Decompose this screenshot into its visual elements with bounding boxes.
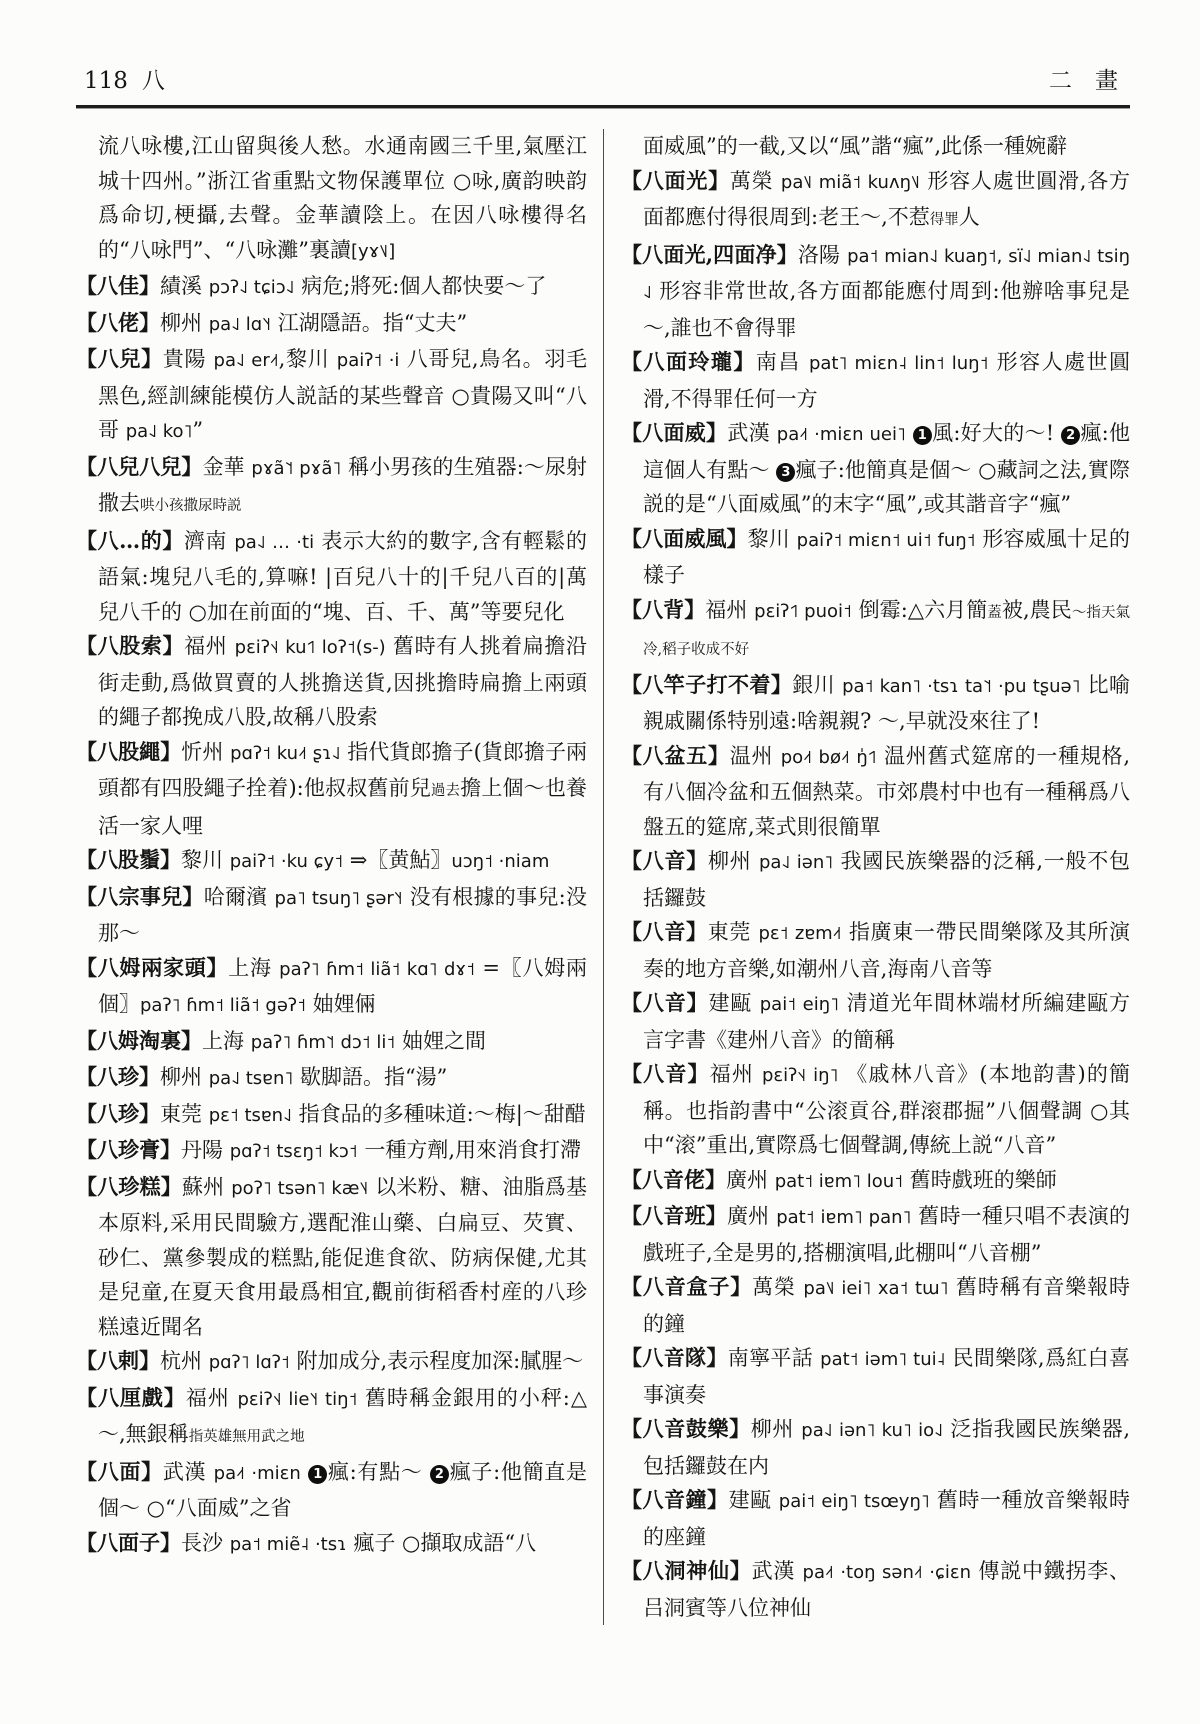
entry-text: 指食品的多種味道:～梅|～甜醋 [292,1102,586,1126]
entry-text: 以米粉、糖、油脂爲基本原料,采用民間驗方,選配淮山藥、白扁豆、芡實、砂仁、黨參製… [98,1175,587,1339]
circled-number: 2 [430,1465,449,1484]
entry-text: 形容非常世故,各方面都能應付周到:他辦啥事兒是～,誰也不會得罪 [643,279,1130,340]
phonetic-transcription: po˨˦ bø˨˦ ŋ̍˦˥ [781,747,877,768]
dictionary-entry: 【八面威風】黎川 paiʔ˦ miɛn˦ ui˦ fuŋ˦ 形容威風十足的樣子 [621,522,1130,593]
entry-headword: 【八音盒子】 [621,1274,752,1299]
entry-headword: 【八音】 [621,848,708,873]
phonetic-transcription: pɑʔ˥ lɑʔ˦ [209,1352,290,1373]
phonetic-transcription: pɑʔ˦ ku˨˦ ʂɿ˨˩ [230,743,340,764]
entry-headword: 【八面光,四面净】 [621,242,798,267]
left-column: 流八咏樓,江山留與後人愁。水通南國三千里,氣壓江城十四州。”浙江省重點文物保護單… [76,129,603,1625]
phonetic-transcription: paiʔ˦ ·ku ɕy˦ [230,851,343,872]
entry-text: 被,農民 [1002,598,1072,622]
entry-headword: 【八珍】 [76,1101,160,1126]
phonetic-transcription: pa˥˩ miã˦ kuʌŋ˥˩ [781,172,920,193]
dictionary-entry: 【八佬】柳州 pa˨˩ lɑ˥˧ 江湖隱語。指“丈夫” [76,306,587,343]
phonetic-transcription: poʔ˥ tsən˥ kæ˥˨ [231,1178,368,1199]
entry-text: 柳州 [751,1417,802,1441]
phonetic-transcription: pat˦ iɐm˥ pan˥ [776,1207,911,1228]
entry-text: 倒霉:△六月簡 [852,598,987,622]
phonetic-transcription: uɔŋ˦ ·niam [451,851,549,872]
small-gloss: 蓋 [987,605,1002,621]
entry-text: 銀川 [792,673,842,697]
entry-text: 歇脚語。指“湯” [293,1065,447,1089]
entry-text: 貴陽 [163,347,214,371]
entry-text: 杭州 [160,1349,209,1373]
dictionary-entry: 【八兒八兒】金華 pɤã˥˦ pɤã˥ 稱小男孩的生殖器:～尿射撒去哄小孩撒尿時… [76,450,587,524]
dictionary-entry: 【八音鼓樂】柳州 pa˨˩ iən˥ ku˥ io˨˩ 泛指我國民族樂器,包括鑼… [621,1412,1130,1483]
entry-headword: 【八股索】 [76,633,184,658]
entry-headword: 【八佬】 [76,310,160,335]
entry-headword: 【八股鬚】 [76,847,181,872]
entry-text: 瘋:有點～ [327,1460,430,1484]
entry-text: 妯娌之間 [395,1029,486,1053]
dictionary-entry: 【八面子】長沙 pa˦ miẽ˨ ·tsɿ 瘋子 ○擷取成語“八 [76,1526,587,1563]
entry-headword: 【八音鼓樂】 [621,1416,751,1441]
dictionary-entry: 【八音隊】南寧平話 pat˦ iəm˥ tui˨ 民間樂隊,爲紅白喜事演奏 [621,1341,1130,1412]
page-number: 118 [84,68,128,94]
phonetic-transcription: pa˦ miẽ˨ ·tsɿ [230,1534,347,1555]
entry-headword: 【八…的】 [76,528,184,553]
dictionary-entry: 【八面光】萬榮 pa˥˩ miã˦ kuʌŋ˥˩ 形容人處世圓滑,各方面都應付得… [621,164,1130,238]
phonetic-transcription: pat˦ iɐm˥ lou˦ [775,1171,903,1192]
dictionary-entry: 【八宗事兒】哈爾濱 pa˥ tsuŋ˥ ʂər˥˧ 没有根據的事兒:没那～ [76,880,587,951]
entry-text: 流八咏樓,江山留與後人愁。水通南國三千里,氣壓江城十四州。”浙江省重點文物保護單… [98,134,587,262]
entry-text: 風:好大的～! [932,421,1061,445]
phonetic-transcription: paiʔ˦ ·i [337,350,400,371]
entry-text: 南昌 [756,350,809,374]
entry-text: 福州 [710,1062,762,1086]
entry-headword: 【八洞神仙】 [621,1558,752,1583]
circled-number: 1 [308,1465,327,1484]
dictionary-entry: 【八…的】濟南 pa˨˩ … ·ti 表示大約的數字,含有輕鬆的語氣:塊兒八毛的… [76,524,587,630]
phonetic-transcription: [yɤ˥˩] [351,241,395,262]
entry-headword: 【八面玲瓏】 [621,349,756,374]
dictionary-entry: 【八洞神仙】武漢 pa˨˦ ·toŋ sən˨˦ ·ɕiɛn 傳説中鐵拐李、吕洞… [621,1554,1130,1625]
dictionary-entry: 【八音班】廣州 pat˦ iɐm˥ pan˥ 舊時一種只唱不表演的戲班子,全是男… [621,1199,1130,1270]
phonetic-transcription: pa˥ tsuŋ˥ ʂər˥˧ [275,888,403,909]
entry-headword: 【八珍糕】 [76,1174,182,1199]
phonetic-transcription: paʔ˥ ɦm˦ liã˦ gəʔ˦ [140,995,306,1016]
small-gloss: 哄小孩撒尿時説 [140,498,242,514]
small-gloss: 得罪 [930,212,959,228]
phonetic-transcription: pai˦ eiŋ˥ [760,994,839,1015]
entry-headword: 【八面光】 [621,168,730,193]
entry-headword: 【八兒八兒】 [76,454,202,479]
dictionary-entry: 【八珍膏】丹陽 pɑʔ˦ tsɛŋ˦ kɔ˦ 一種方劑,用來消食打滯 [76,1133,587,1170]
entry-text: 瘋子 ○擷取成語“八 [347,1531,536,1555]
entry-headword: 【八面威】 [621,420,727,445]
phonetic-transcription: pɛ˦ zɐm˨˦ [758,923,841,944]
phonetic-transcription: pɤã˥˦ pɤã˥ [251,458,341,479]
entry-text: 温州 [730,744,781,768]
dictionary-entry: 【八背】福州 pɛiʔ˦˥ puoi˦ 倒霉:△六月簡蓋被,農民～指天氣冷,稻子… [621,593,1130,668]
entry-text: 面威風”的一截,又以“風”諧“瘋”,此係一種婉辭 [643,134,1067,158]
entry-text: 丹陽 [181,1138,230,1162]
entry-headword: 【八珍膏】 [76,1137,181,1162]
entry-text: 上海 [228,956,279,980]
entry-text: 福州 [705,598,754,622]
entry-text: 哈爾濱 [204,885,275,909]
phonetic-transcription: pɔʔ˨˩ tɕiɔ˨˩ [209,277,295,298]
entry-text: 忻州 [181,740,230,764]
phonetic-transcription: paʔ˥ ɦm˥˦ dɔ˦ li˦ [251,1032,396,1053]
entry-headword: 【八音隊】 [621,1345,728,1370]
phonetic-transcription: pa˨˩ ko˥ [126,421,193,442]
phonetic-transcription: paʔ˥ ɦm˦ liã˦ kɑ˥ dɤ˦ [279,959,475,980]
entry-headword: 【八股繩】 [76,739,181,764]
phonetic-transcription: pɛiʔ˦˨ ku˦˥ loʔ˦(s-) [235,637,386,658]
entry-text: 江湖隱語。指“丈夫” [271,311,467,335]
phonetic-transcription: pa˥˩ iei˥ xa˦ tɯ˥ [803,1278,948,1299]
phonetic-transcription: pa˨˩ … ·ti [234,532,314,553]
phonetic-transcription: pai˦ eiŋ˥ tsœyŋ˥ [779,1491,930,1512]
phonetic-transcription: pat˥ miɛn˨ lin˦ luŋ˦ [809,353,989,374]
entry-headword: 【八珍】 [76,1064,160,1089]
entry-text: 舊時戲班的樂師 [903,1168,1057,1192]
phonetic-transcription: pa˨˦ ·miɛn uei˥ [777,424,906,445]
dictionary-entry: 【八佳】績溪 pɔʔ˨˩ tɕiɔ˨˩ 病危;將死:個人都快要～了 [76,269,587,306]
entry-headword: 【八厘戲】 [76,1385,186,1410]
entry-text: 病危;將死:個人都快要～了 [295,274,547,298]
entry-headword: 【八音】 [621,1061,710,1086]
dictionary-entry: 【八音鐘】建甌 pai˦ eiŋ˥ tsœyŋ˥ 舊時一種放音樂報時的座鐘 [621,1483,1130,1554]
entry-headword: 【八剌】 [76,1348,160,1373]
entry-headword: 【八面威風】 [621,526,748,551]
dictionary-entry: 【八音】柳州 pa˨˩ iən˥ 我國民族樂器的泛稱,一般不包括鑼鼓 [621,844,1130,915]
stroke-count-label: 二 畫 [1049,68,1118,94]
dictionary-entry: 【八珍糕】蘇州 poʔ˥ tsən˥ kæ˥˨ 以米粉、糖、油脂爲基本原料,采用… [76,1170,587,1345]
phonetic-transcription: pɛiʔ˦˨ lie˥˧ tiŋ˦ [237,1389,357,1410]
small-gloss: 過去 [431,783,460,799]
dictionary-entry: 【八音盒子】萬榮 pa˥˩ iei˥ xa˦ tɯ˥ 舊時稱有音樂報時的鐘 [621,1270,1130,1341]
phonetic-transcription: pa˨˦ ·miɛn [214,1463,301,1484]
entry-headword: 【八音】 [621,990,708,1015]
entry-headword: 【八竿子打不着】 [621,672,792,697]
entry-headword: 【八姆兩家頭】 [76,955,228,980]
dictionary-entry: 【八音佬】廣州 pat˦ iɐm˥ lou˦ 舊時戲班的樂師 [621,1163,1130,1200]
entry-text: 武漢 [752,1559,803,1583]
entry-text: 一種方劑,用來消食打滯 [358,1138,581,1162]
entry-text: 洛陽 [798,243,847,267]
dictionary-entry: 【八面】武漢 pa˨˦ ·miɛn 1瘋:有點～ 2瘋子:他簡直是個～ ○“八面… [76,1455,587,1526]
continuation-paragraph: 面威風”的一截,又以“風”諧“瘋”,此係一種婉辭 [621,129,1130,164]
phonetic-transcription: pɛiʔ˦˥ puoi˦ [754,601,852,622]
entry-text: 福州 [186,1386,238,1410]
dictionary-entry: 【八盆五】温州 po˨˦ bø˨˦ ŋ̍˦˥ 温州舊式筵席的一種規格,有八個冷盆… [621,739,1130,845]
dictionary-entry: 【八面光,四面净】洛陽 pa˦ mian˨˩ kuaŋ˦, sï˨˩ mian˨… [621,238,1130,346]
header-rule [76,105,1130,109]
entry-text: 黎川 [181,848,230,872]
entry-text: 黎川 [748,527,797,551]
entry-text: 長沙 [181,1531,230,1555]
entry-text: ⇒〖黄鮎〗 [343,848,451,872]
phonetic-transcription: pa˨˩ iən˥ [759,852,833,873]
phonetic-transcription: pat˦ iəm˥ tui˨ [820,1349,945,1370]
circled-number: 2 [1061,426,1080,445]
dictionary-entry: 【八珍】柳州 pa˨˩ tsɐn˥ 歇脚語。指“湯” [76,1060,587,1097]
phonetic-transcription: paiʔ˦ miɛn˦ ui˦ fuŋ˦ [797,530,976,551]
dictionary-entry: 【八珍】東莞 pɛ˦ tsɐn˨˩ 指食品的多種味道:～梅|～甜醋 [76,1097,587,1134]
entry-headword: 【八佳】 [76,273,160,298]
entry-headword: 【八背】 [621,597,705,622]
dictionary-entry: 【八音】建甌 pai˦ eiŋ˥ 清道光年間林端材所編建甌方言字書《建州八音》的… [621,986,1130,1057]
entry-text: 武漢 [163,1460,214,1484]
entry-headword: 【八面】 [76,1459,163,1484]
phonetic-transcription: pa˨˦ ·toŋ sən˨˦ ·ɕiɛn [803,1562,971,1583]
dictionary-entry: 【八股繩】忻州 pɑʔ˦ ku˨˦ ʂɿ˨˩ 指代貨郎擔子(貨郎擔子兩頭都有四股… [76,735,587,844]
entry-text: 蘇州 [182,1175,231,1199]
entry-text: 萬榮 [730,169,781,193]
entry-text: 東莞 [160,1102,209,1126]
entry-text: 建甌 [708,991,759,1015]
phonetic-transcription: pa˦ kan˥ ·tsɿ ta˥˦ ·pu tʂuə˥ [842,676,1080,697]
right-column: 面威風”的一截,又以“風”諧“瘋”,此係一種婉辭【八面光】萬榮 pa˥˩ miã… [603,129,1130,1625]
phonetic-transcription: pɛ˦ tsɐn˨˩ [209,1105,292,1126]
entry-text: 福州 [184,634,235,658]
entry-headword: 【八兒】 [76,346,163,371]
dictionary-entry: 【八厘戲】福州 pɛiʔ˦˨ lie˥˧ tiŋ˦ 舊時稱金銀用的小秤:△～,無… [76,1381,587,1455]
entry-text: 人 [959,205,980,229]
section-character: 八 [142,62,165,95]
dictionary-page: 118 八 二 畫 流八咏樓,江山留與後人愁。水通南國三千里,氣壓江城十四州。”… [0,0,1200,1724]
dictionary-entry: 【八竿子打不着】銀川 pa˦ kan˥ ·tsɿ ta˥˦ ·pu tʂuə˥ … [621,668,1130,739]
entry-headword: 【八音】 [621,919,708,944]
entry-text: 妯娌倆 [306,992,376,1016]
entry-text: 柳州 [708,849,759,873]
entry-text: 萬榮 [752,1275,803,1299]
dictionary-entry: 【八剌】杭州 pɑʔ˥ lɑʔ˦ 附加成分,表示程度加深:膩腥～ [76,1344,587,1381]
continuation-paragraph: 流八咏樓,江山留與後人愁。水通南國三千里,氣壓江城十四州。”浙江省重點文物保護單… [76,129,587,269]
circled-number: 3 [776,463,795,482]
phonetic-transcription: pa˨˩ iən˥ ku˥ io˨˩ [801,1420,943,1441]
dictionary-entry: 【八兒】貴陽 pa˨˩ er˨˦,黎川 paiʔ˦ ·i 八哥兒,鳥名。羽毛黑色… [76,342,587,450]
small-gloss: 指英雄無用武之地 [189,1429,305,1445]
entry-text: 金華 [202,455,251,479]
phonetic-transcription: pɑʔ˦ tsɛŋ˦ kɔ˦ [230,1141,358,1162]
entry-headword: 【八面子】 [76,1530,181,1555]
dictionary-entry: 【八面玲瓏】南昌 pat˥ miɛn˨ lin˦ luŋ˦ 形容人處世圓滑,不得… [621,345,1130,416]
entry-text: 濟南 [184,529,234,553]
entry-headword: 【八音班】 [621,1203,727,1228]
circled-number: 1 [913,426,932,445]
dictionary-entry: 【八姆淘裏】上海 paʔ˥ ɦm˥˦ dɔ˦ li˦ 妯娌之間 [76,1024,587,1061]
entry-text: 武漢 [727,421,776,445]
entry-text: 廣州 [726,1168,775,1192]
entry-text [906,421,913,445]
dictionary-entry: 【八姆兩家頭】上海 paʔ˥ ɦm˦ liã˦ kɑ˥ dɤ˦ =〖八姆兩個〗p… [76,951,587,1024]
entry-text: 柳州 [160,311,209,335]
entry-text: 建甌 [729,1488,779,1512]
dictionary-entry: 【八音】福州 pɛiʔ˦˨ iŋ˥ 《戚林八音》(本地韵書)的簡稱。也指韵書中“… [621,1057,1130,1163]
phonetic-transcription: pa˨˩ er˨˦ [214,350,279,371]
entry-headword: 【八盆五】 [621,743,730,768]
entry-text: ,黎川 [279,347,337,371]
dictionary-entry: 【八音】東莞 pɛ˦ zɐm˨˦ 指廣東一帶民間樂隊及其所演奏的地方音樂,如潮州… [621,915,1130,986]
entry-headword: 【八音佬】 [621,1167,726,1192]
entry-text: 廣州 [727,1204,776,1228]
entry-text: 附加成分,表示程度加深:膩腥～ [290,1349,583,1373]
phonetic-transcription: pa˨˩ lɑ˥˧ [209,314,271,335]
entry-text: 南寧平話 [728,1346,820,1370]
phonetic-transcription: pɛiʔ˦˨ iŋ˥ [762,1065,838,1086]
entry-text [301,1460,308,1484]
dictionary-entry: 【八面威】武漢 pa˨˦ ·miɛn uei˥ 1風:好大的～! 2瘋:他這個人… [621,416,1130,522]
entry-headword: 【八姆淘裏】 [76,1028,202,1053]
dictionary-entry: 【八股鬚】黎川 paiʔ˦ ·ku ɕy˦ ⇒〖黄鮎〗uɔŋ˦ ·niam [76,843,587,880]
entry-text: 柳州 [160,1065,209,1089]
entry-headword: 【八音鐘】 [621,1487,729,1512]
text-columns: 流八咏樓,江山留與後人愁。水通南國三千里,氣壓江城十四州。”浙江省重點文物保護單… [76,129,1130,1625]
dictionary-entry: 【八股索】福州 pɛiʔ˦˨ ku˦˥ loʔ˦(s-) 舊時有人挑着扁擔沿街走… [76,629,587,735]
entry-text: 績溪 [160,274,209,298]
entry-text: ” [192,418,203,442]
entry-text: 東莞 [708,920,759,944]
phonetic-transcription: pa˨˩ tsɐn˥ [209,1068,294,1089]
entry-text: 上海 [202,1029,251,1053]
page-header: 118 八 二 畫 [76,62,1130,105]
entry-headword: 【八宗事兒】 [76,884,204,909]
